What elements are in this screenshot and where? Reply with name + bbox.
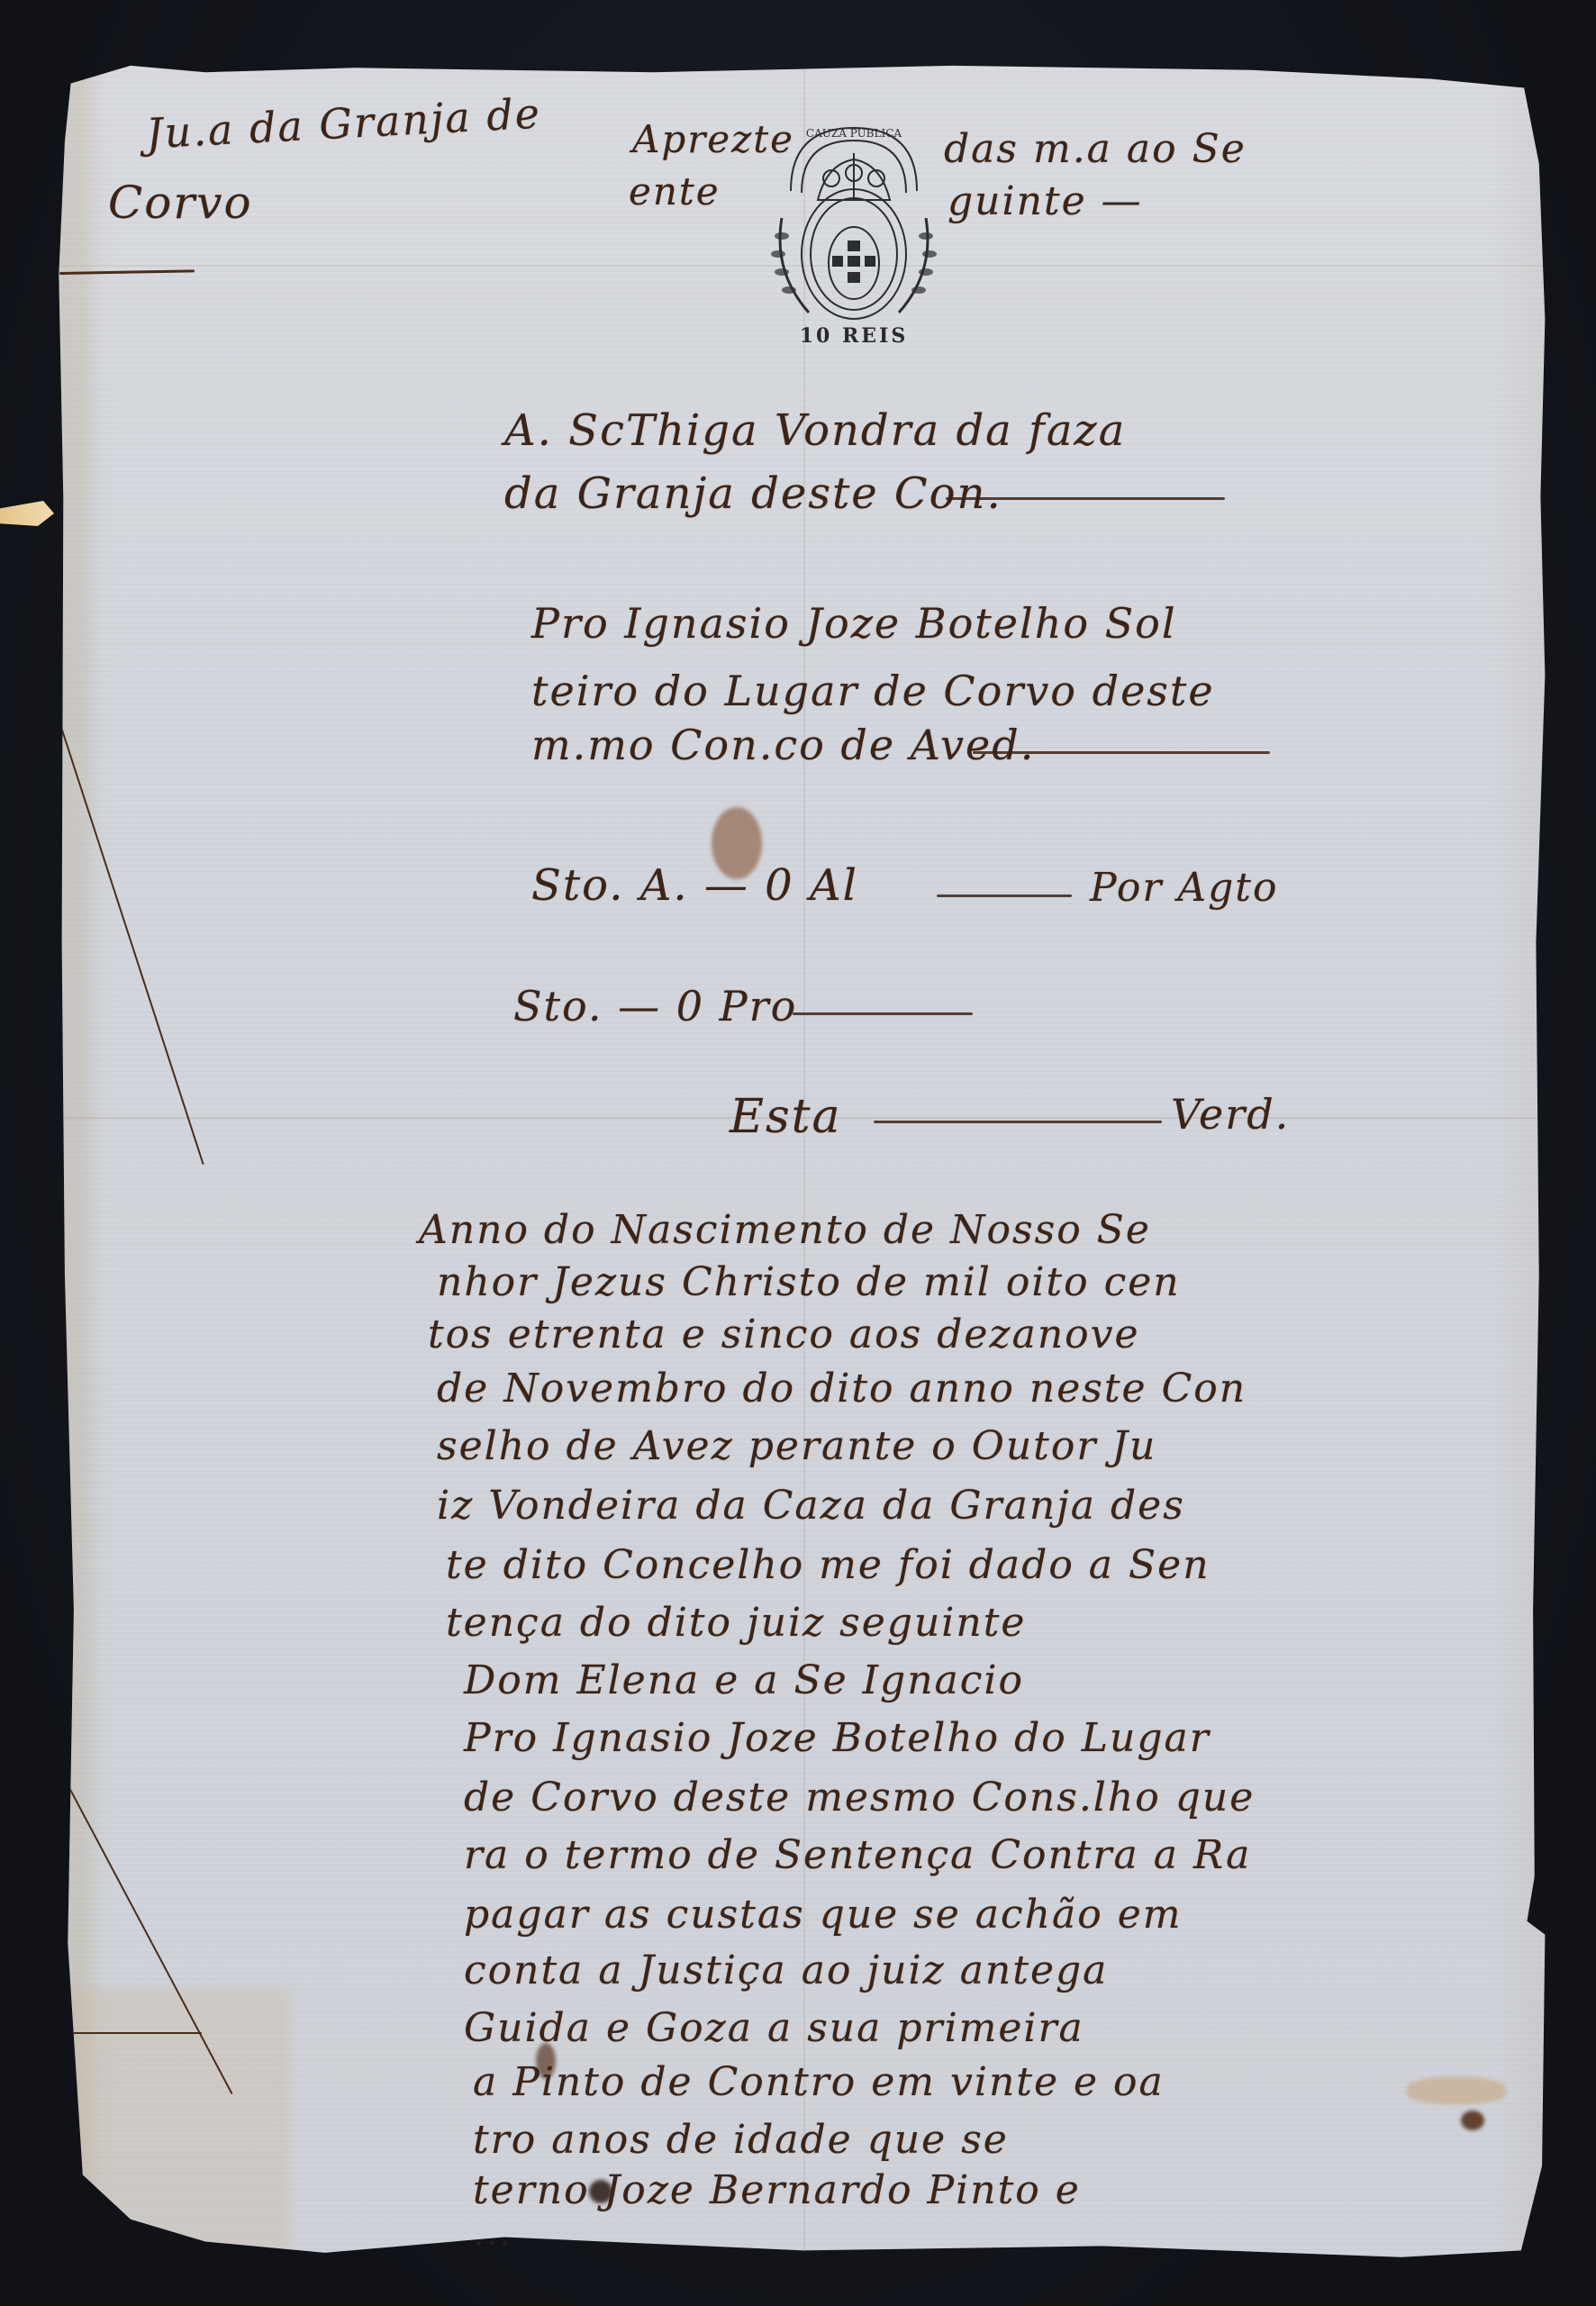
body-line: terno Joze Bernardo Pinto e bbox=[473, 2167, 1081, 2213]
entry-3-rule bbox=[874, 1121, 1162, 1123]
entry-2-rule bbox=[793, 1012, 973, 1015]
address-line2: da Granja deste Con. bbox=[504, 468, 1002, 519]
body-line: Guida e Goza a sua primeira bbox=[464, 2005, 1084, 2051]
address-line1: A. ScThiga Vondra da faza bbox=[504, 405, 1126, 456]
petitioner-line2: teiro do Lugar de Corvo deste bbox=[531, 667, 1215, 715]
margin-rule-bottom bbox=[67, 2032, 202, 2034]
body-line: Dom Elena e a Se Ignacio bbox=[464, 1657, 1024, 1703]
body-line: de Novembro do dito anno neste Con bbox=[437, 1366, 1247, 1412]
body-line: de Corvo deste mesmo Cons.lho que bbox=[464, 1775, 1255, 1820]
ink-blot bbox=[1461, 2111, 1484, 2130]
water-stain bbox=[1407, 2077, 1506, 2104]
body-line: tro anos de idade que se bbox=[473, 2117, 1009, 2163]
entry-1-right: Por Agto bbox=[1090, 865, 1278, 911]
body-line: tença do dito juiz seguinte bbox=[446, 1600, 1026, 1646]
body-line: Pro Ignasio Joze Botelho do Lugar bbox=[464, 1715, 1211, 1761]
fold-line-vertical bbox=[803, 52, 805, 2277]
entry-3-right: Verd. bbox=[1171, 1090, 1290, 1139]
body-line: te dito Concelho me foi dado a Sen bbox=[446, 1542, 1211, 1588]
stamp-value: 10 REIS bbox=[755, 324, 953, 348]
entry-1-left: Sto. A. — 0 Al bbox=[531, 860, 858, 911]
body-line: ra o termo de Sentença Contra a Ra bbox=[464, 1832, 1251, 1878]
top-center-note-line1: Aprezte bbox=[632, 117, 794, 161]
body-line: iz Vondeira da Caza da Granja des bbox=[437, 1483, 1185, 1529]
body-line: nhor Jezus Christo de mil oito cen bbox=[437, 1259, 1181, 1305]
top-left-note-line2: Corvo bbox=[108, 177, 253, 229]
petitioner-line3: m.mo Con.co de Aved. bbox=[531, 721, 1035, 769]
body-line: Anno do Nascimento de Nosso Se bbox=[419, 1207, 1151, 1253]
top-center-note-line2: ente bbox=[629, 169, 721, 213]
body-line-cut-off: ... bbox=[473, 2212, 512, 2254]
entry-1-rule bbox=[937, 894, 1072, 897]
address-underline bbox=[946, 497, 1225, 500]
top-right-note-line2: guinte — bbox=[948, 178, 1143, 224]
body-line: selho de Avez perante o Ou­tor Ju­ bbox=[437, 1423, 1156, 1469]
top-right-note-line1: das m.a ao Se bbox=[944, 126, 1247, 172]
body-line: a Pinto de Contro em vinte e oa bbox=[473, 2059, 1165, 2105]
stamp-legend: CAUZA PUBLICA bbox=[806, 127, 902, 140]
petitioner-underline bbox=[973, 751, 1270, 754]
body-line: tos etrenta e sinco aos dezanove bbox=[428, 1312, 1140, 1357]
entry-2-left: Sto. — 0 Pro bbox=[513, 982, 797, 1030]
manuscript-page bbox=[56, 52, 1551, 2277]
petitioner-line1: Pro Ignasio Joze Botelho Sol bbox=[531, 599, 1177, 648]
body-line: conta a Justiça ao juiz antega bbox=[464, 1947, 1108, 1993]
entry-3-left: Esta bbox=[730, 1090, 842, 1144]
body-line: pagar as custas que se achão em bbox=[464, 1892, 1182, 1938]
